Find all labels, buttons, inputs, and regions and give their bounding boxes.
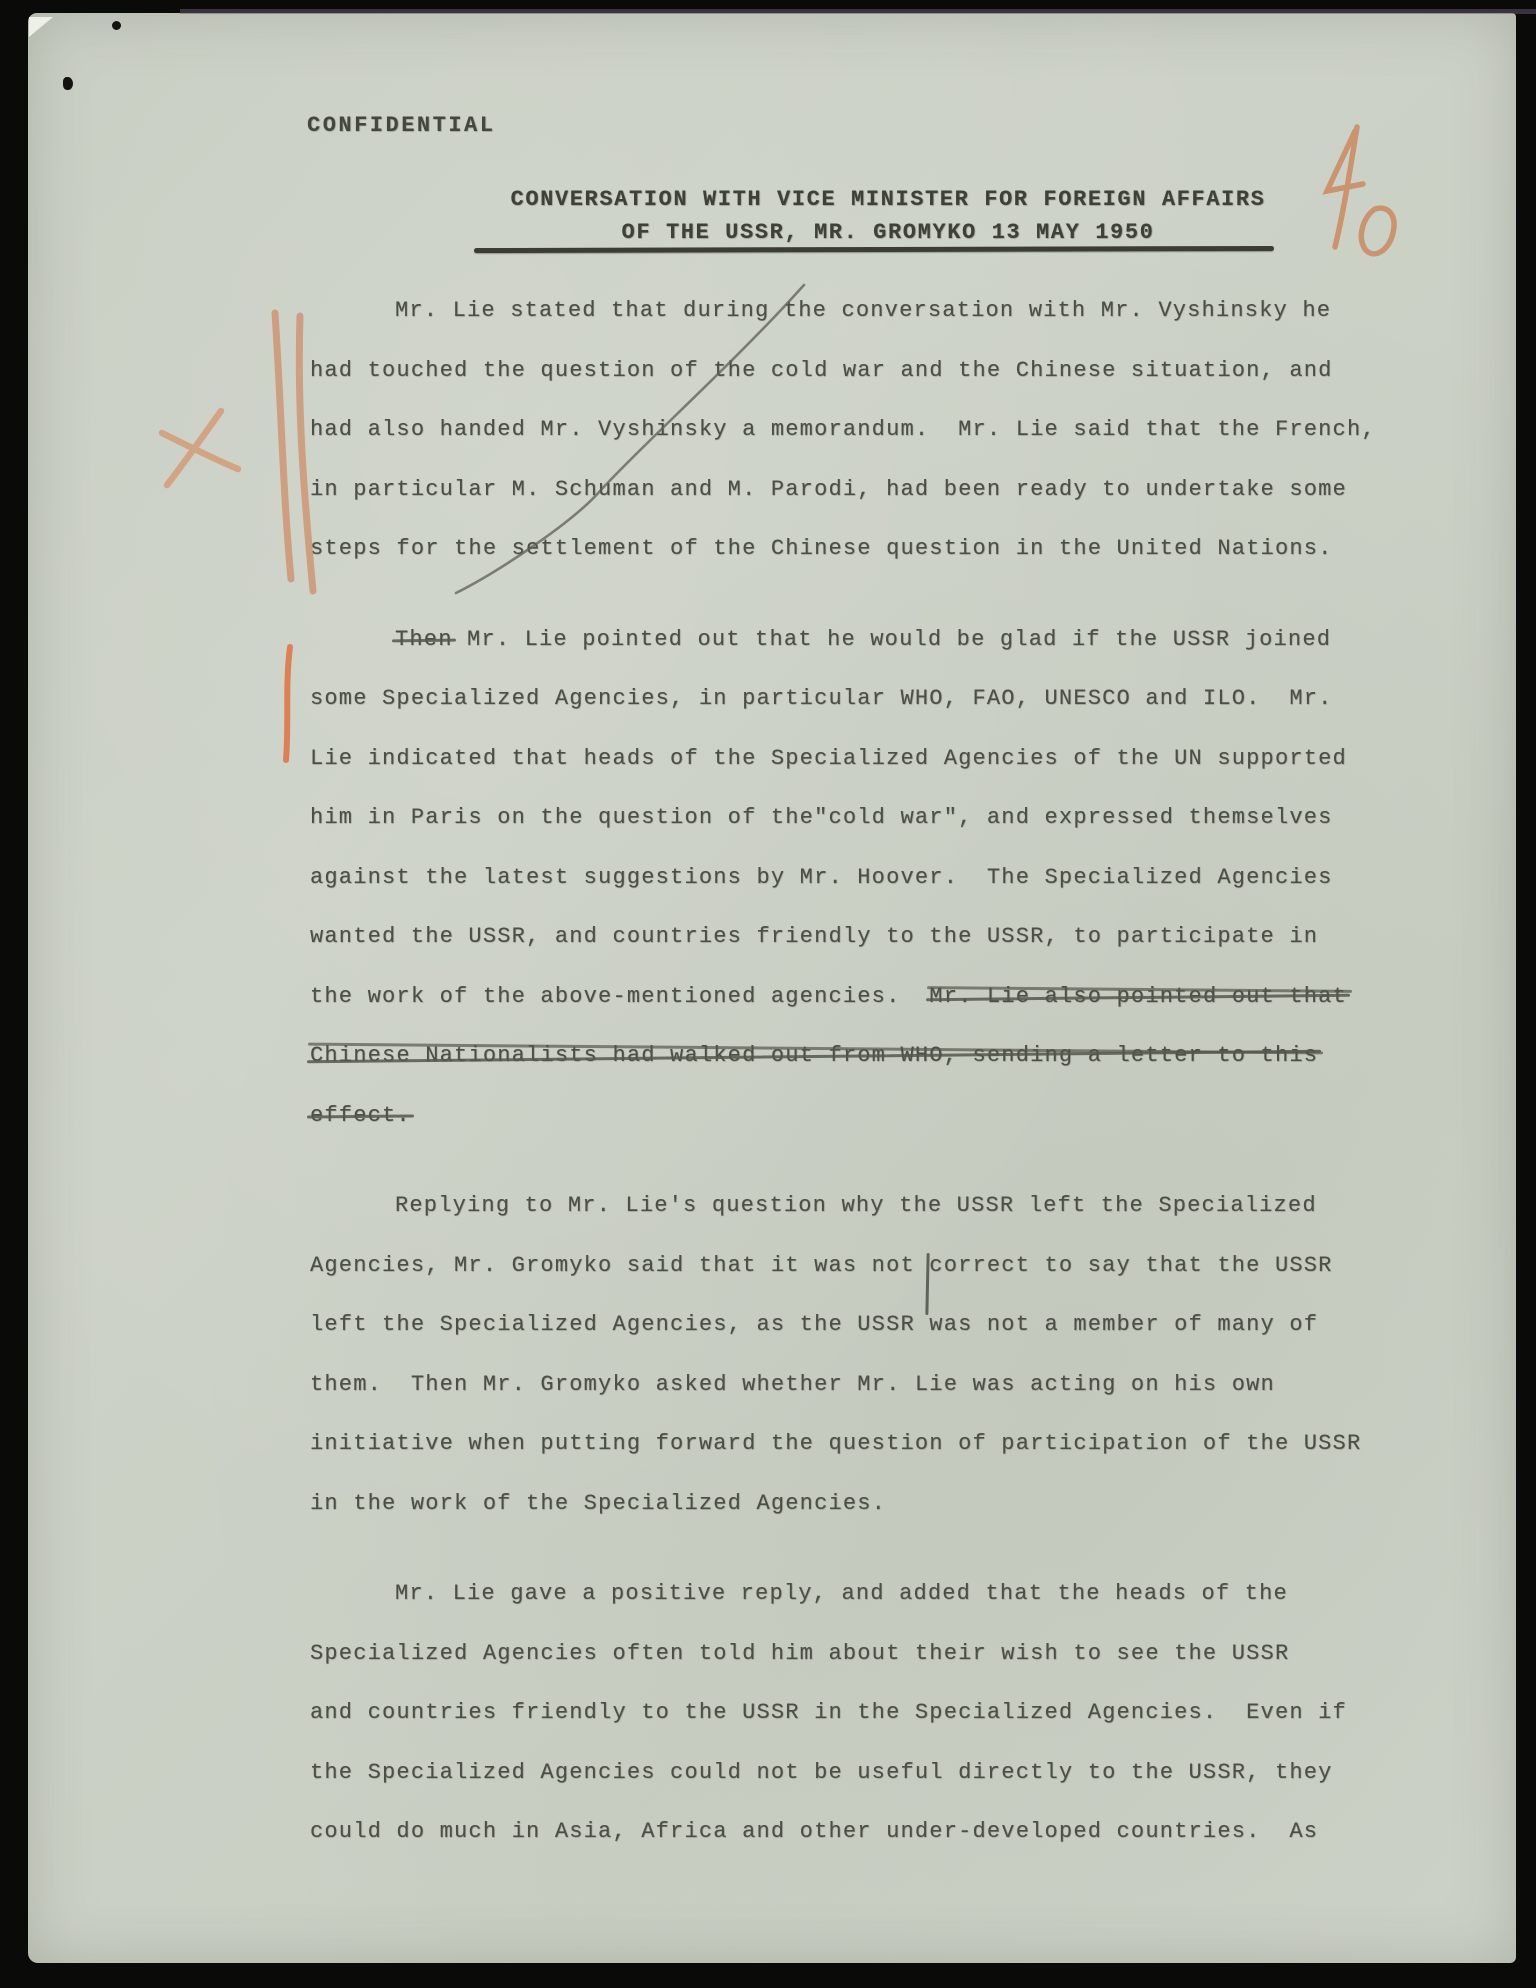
paragraph: Then Mr. Lie pointed out that he would b…	[310, 610, 1470, 1146]
ink-speck	[112, 21, 121, 30]
classification-label: CONFIDENTIAL	[307, 113, 495, 138]
text-line: Then Mr. Lie pointed out that he would b…	[310, 610, 1470, 670]
text-line: him in Paris on the question of the"cold…	[310, 788, 1470, 848]
text-line: and countries friendly to the USSR in th…	[310, 1683, 1470, 1743]
text-line: Replying to Mr. Lie's question why the U…	[310, 1176, 1470, 1236]
text-line: had also handed Mr. Vyshinsky a memorand…	[310, 400, 1470, 460]
struck-text: Mr. Lie also pointed out that	[929, 984, 1347, 1009]
corner-notch	[29, 17, 53, 37]
text-line: Lie indicated that heads of the Speciali…	[310, 729, 1470, 789]
title-line-1: CONVERSATION WITH VICE MINISTER FOR FORE…	[448, 183, 1328, 216]
text-line: Mr. Lie stated that during the conversat…	[310, 281, 1470, 341]
double-vertical-line	[275, 313, 313, 591]
text-line: had touched the question of the cold war…	[310, 341, 1470, 401]
text-line: against the latest suggestions by Mr. Ho…	[310, 848, 1470, 908]
text-line: Specialized Agencies often told him abou…	[310, 1624, 1470, 1684]
paragraph: Replying to Mr. Lie's question why the U…	[310, 1176, 1470, 1533]
text-line: in particular M. Schuman and M. Parodi, …	[310, 460, 1470, 520]
text-line: them. Then Mr. Gromyko asked whether Mr.…	[310, 1355, 1470, 1415]
paragraph: Mr. Lie gave a positive reply, and added…	[310, 1564, 1470, 1862]
text-line: effect.	[310, 1086, 1470, 1146]
text-line: initiative when putting forward the ques…	[310, 1414, 1470, 1474]
scan-edge-tint	[180, 9, 1536, 14]
ink-speck	[63, 77, 73, 90]
text-line: some Specialized Agencies, in particular…	[310, 669, 1470, 729]
text-line: Mr. Lie gave a positive reply, and added…	[310, 1564, 1470, 1624]
handwritten-page-number	[1305, 121, 1405, 266]
title-line-2: OF THE USSR, MR. GROMYKO 13 MAY 1950	[448, 216, 1328, 249]
text-line: wanted the USSR, and countries friendly …	[310, 907, 1470, 967]
paragraph: Mr. Lie stated that during the conversat…	[310, 281, 1470, 579]
x-mark	[162, 411, 238, 485]
single-vertical-line	[286, 647, 290, 760]
text-line: could do much in Asia, Africa and other …	[310, 1802, 1470, 1862]
text-line: the Specialized Agencies could not be us…	[310, 1743, 1470, 1803]
struck-text: Chinese Nationalists had walked out from…	[310, 1043, 1318, 1068]
document-body: Mr. Lie stated that during the conversat…	[310, 281, 1470, 1893]
document-page: CONFIDENTIAL CONVERSATION WITH VICE MINI…	[28, 13, 1516, 1963]
struck-text: effect.	[310, 1103, 411, 1128]
title-underline	[474, 246, 1274, 253]
text-line: in the work of the Specialized Agencies.	[310, 1474, 1470, 1534]
text-line: Chinese Nationalists had walked out from…	[310, 1026, 1470, 1086]
struck-text: Then	[395, 627, 453, 652]
text-line: Agencies, Mr. Gromyko said that it was n…	[310, 1236, 1470, 1296]
scanned-document: CONFIDENTIAL CONVERSATION WITH VICE MINI…	[0, 0, 1536, 1988]
text-line: left the Specialized Agencies, as the US…	[310, 1295, 1470, 1355]
text-line: steps for the settlement of the Chinese …	[310, 519, 1470, 579]
document-title: CONVERSATION WITH VICE MINISTER FOR FORE…	[448, 183, 1328, 249]
handwritten-40-strokes	[1305, 121, 1405, 266]
text-line: the work of the above-mentioned agencies…	[310, 967, 1470, 1027]
